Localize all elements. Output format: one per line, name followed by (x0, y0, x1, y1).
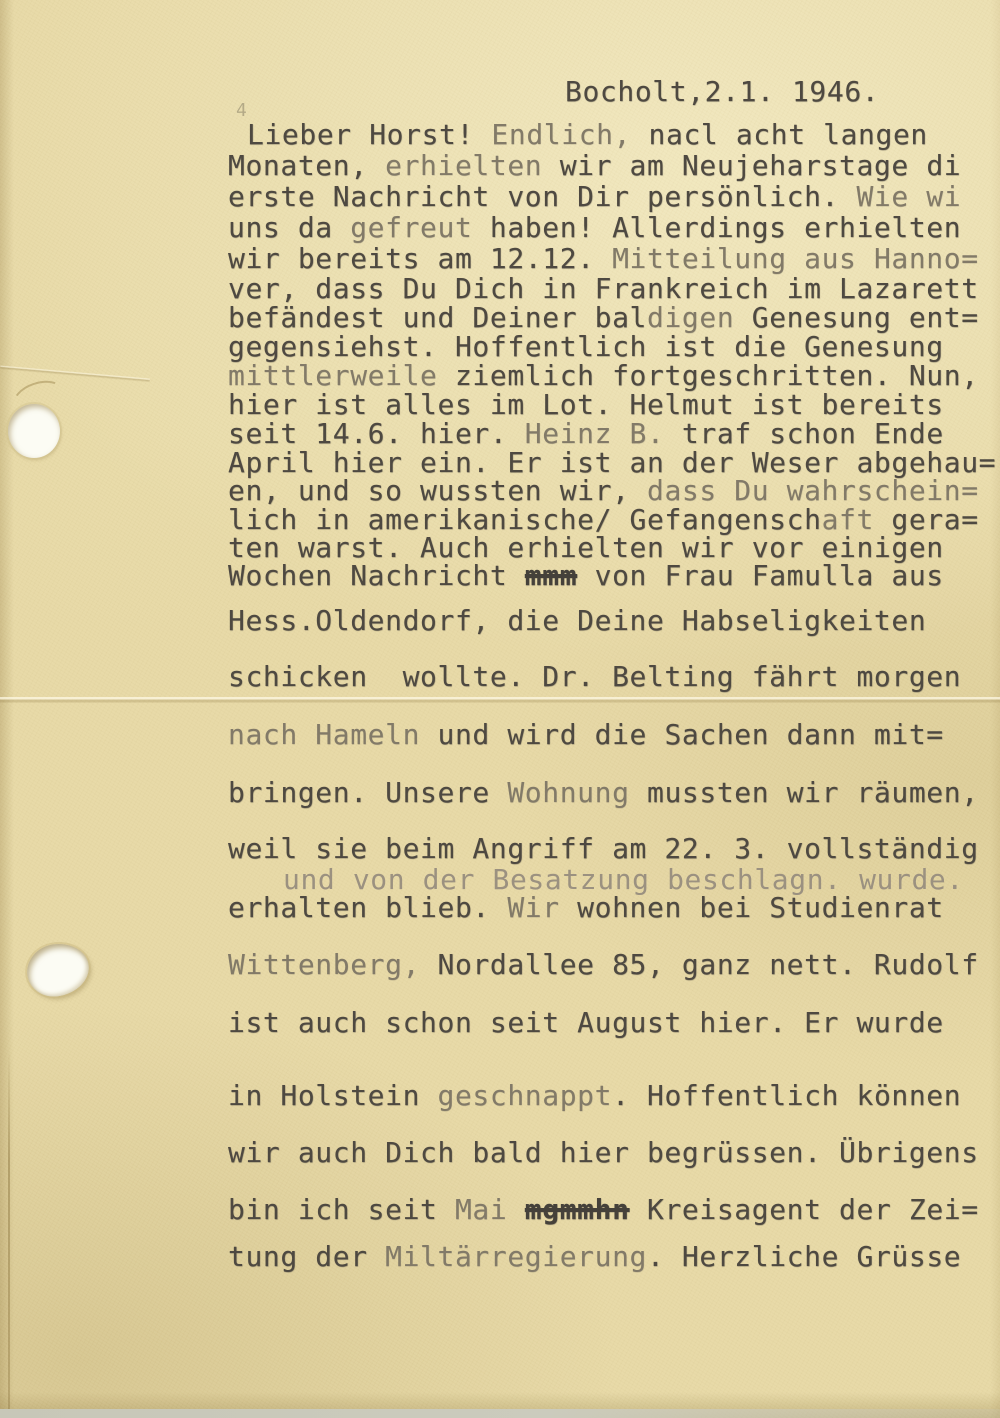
letter-line: weil sie beim Angriff am 22. 3. vollstän… (228, 835, 979, 863)
letter-line: Lieber Horst! Endlich, nacl acht langen (247, 121, 928, 149)
letter-text-segment: Mai (455, 1193, 525, 1226)
letter-line: wir bereits am 12.12. Mitteilung aus Han… (228, 245, 979, 273)
ghost-mark: 4 (236, 102, 247, 120)
letter-text-segment: uns da (228, 211, 350, 244)
letter-line: erste Nachricht von Dir persönlich. Wie … (228, 183, 961, 211)
letter-text-segment: Lieber Horst! (247, 118, 491, 151)
letter-text-segment: Wohnung (507, 776, 629, 809)
letter-text-segment: Wittenberg, (228, 948, 438, 981)
letter-text-segment: bin ich seit (228, 1193, 455, 1226)
letter-line: erhalten blieb. Wir wohnen bei Studienra… (228, 894, 944, 922)
letter-text-segment: . Hoffentlich können (612, 1079, 961, 1112)
letter-text-segment: nacl acht langen (631, 118, 928, 151)
letter-text-segment: Wir (507, 891, 559, 924)
letter-line: und von der Besatzung beschlagn. wurde. (283, 866, 964, 894)
letter-line: befändest und Deiner baldigen Genesung e… (228, 304, 979, 332)
letter-line: wir auch Dich bald hier begrüssen. Übrig… (228, 1139, 979, 1167)
letter-text-segment: . Herzliche Grüsse (647, 1240, 961, 1273)
letter-text-segment: haben! Allerdings erhielten (472, 211, 961, 244)
overstruck-word: mmm (525, 559, 577, 592)
letter-text-segment: Wie wi (856, 180, 961, 213)
letter-text-segment: geschnappt (438, 1079, 613, 1112)
letter-line: gegensiehst. Hoffentlich ist die Genesun… (228, 333, 944, 361)
letter-text-segment: Miltärregierung (385, 1240, 647, 1273)
letter-line: Hess.Oldendorf, die Deine Habseligkeiten (228, 607, 926, 635)
letter-line: ten warst. Auch erhielten wir vor einige… (228, 534, 944, 562)
letter-line: en, und so wussten wir, dass Du wahrsche… (228, 477, 979, 505)
letter-line: Wochen Nachricht mmm von Frau Famulla au… (228, 562, 944, 590)
letter-text-segment: weil sie beim Angriff am 22. 3. vollstän… (228, 832, 979, 865)
letter-text-segment: tung der (228, 1240, 385, 1273)
letter-text-segment: nach Hameln (228, 718, 438, 751)
letter-line: uns da gefreut haben! Allerdings erhielt… (228, 214, 961, 242)
letter-text-segment: erhielten (385, 149, 542, 182)
letter-line: ist auch schon seit August hier. Er wurd… (228, 1009, 944, 1037)
letter-line: tung der Miltärregierung. Herzliche Grüs… (228, 1243, 961, 1271)
letter-text-segment: wir auch Dich bald hier begrüssen. Übrig… (228, 1136, 979, 1169)
letter-text-segment: Hess.Oldendorf, die Deine Habseligkeiten (228, 604, 926, 637)
dateline: Bocholt,2.1. 1946. (565, 78, 879, 106)
letter-text-segment: erhalten blieb. (228, 891, 507, 924)
scan-edge-strip (0, 1409, 1000, 1418)
letter-line: lich in amerikanische/ Gefangenschaft ge… (228, 506, 979, 534)
letter-text-segment: schicken wollte. Dr. Belting fährt morge… (228, 660, 961, 693)
scanned-letter-paper: 4 Bocholt,2.1. 1946. Lieber Horst! Endli… (0, 0, 1000, 1418)
letter-text-segment: wir bereits am 12.12. (228, 242, 612, 275)
letter-line: Wittenberg, Nordallee 85, ganz nett. Rud… (228, 951, 979, 979)
letter-line: Monaten, erhielten wir am Neujeharstage … (228, 152, 961, 180)
letter-text-segment: Mitteilung aus Hanno= (612, 242, 979, 275)
letter-text-segment: mussten wir räumen, (630, 776, 979, 809)
letter-text-segment: Nordallee 85, ganz nett. Rudolf (438, 948, 979, 981)
letter-line: ver, dass Du Dich in Frankreich im Lazar… (228, 275, 979, 303)
letter-line: bin ich seit Mai mgmmhn Kreisagent der Z… (228, 1196, 979, 1224)
letter-line: hier ist alles im Lot. Helmut ist bereit… (228, 391, 944, 419)
letter-text-segment: Kreisagent der Zei= (630, 1193, 979, 1226)
letter-text-segment: wohnen bei Studienrat (560, 891, 944, 924)
letter-line: seit 14.6. hier. Heinz B. traf schon End… (228, 420, 944, 448)
letter-text-segment: in Holstein (228, 1079, 438, 1112)
letter-text-segment: bringen. Unsere (228, 776, 507, 809)
letter-line: in Holstein geschnappt. Hoffentlich könn… (228, 1082, 961, 1110)
letter-text-segment: Endlich, (491, 118, 631, 151)
letter-text: 4 Bocholt,2.1. 1946. Lieber Horst! Endli… (0, 0, 1000, 1418)
letter-text-segment: erste Nachricht von Dir persönlich. (228, 180, 856, 213)
letter-text-segment: wir am Neujeharstage di (542, 149, 961, 182)
letter-text-segment: und wird die Sachen dann mit= (438, 718, 944, 751)
letter-text-segment: Monaten, (228, 149, 385, 182)
letter-text-segment: gefreut (350, 211, 472, 244)
letter-line: April hier ein. Er ist an der Weser abge… (228, 449, 996, 477)
letter-line: nach Hameln und wird die Sachen dann mit… (228, 721, 944, 749)
letter-text-segment: Wochen Nachricht (228, 559, 525, 592)
overstruck-word: mgmmhn (525, 1193, 630, 1226)
letter-text-segment: von Frau Famulla aus (577, 559, 944, 592)
letter-line: mittlerweile ziemlich fortgeschritten. N… (228, 362, 979, 390)
letter-text-segment: ist auch schon seit August hier. Er wurd… (228, 1006, 944, 1039)
letter-line: schicken wollte. Dr. Belting fährt morge… (228, 663, 961, 691)
letter-line: bringen. Unsere Wohnung mussten wir räum… (228, 779, 979, 807)
